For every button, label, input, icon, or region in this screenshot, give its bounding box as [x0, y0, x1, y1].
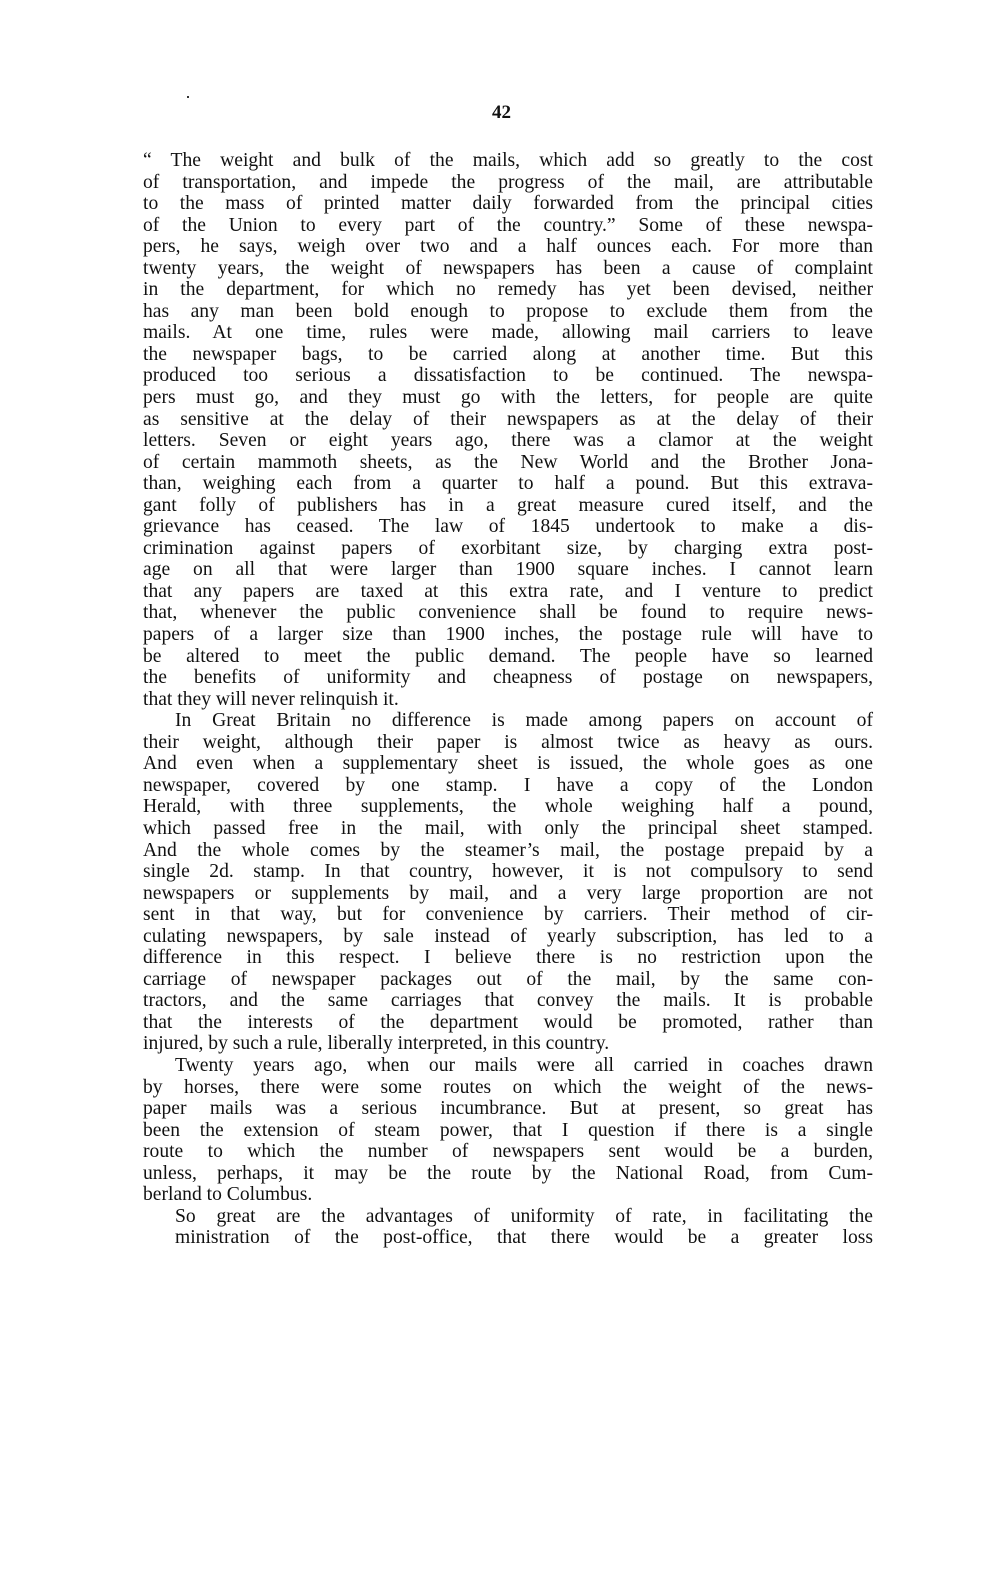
text-line: newspapers or supplements by mail, and a…: [143, 883, 873, 905]
text-line: tractors, and the same carriages that co…: [143, 990, 873, 1012]
text-line: mails. At one time, rules were made, all…: [143, 322, 873, 344]
paragraph: “ The weight and bulk of the mails, whic…: [143, 150, 873, 710]
text-line: which passed free in the mail, with only…: [143, 818, 873, 840]
text-line: berland to Columbus.: [143, 1184, 873, 1206]
text-line: unless, perhaps, it may be the route by …: [143, 1163, 873, 1185]
text-line: carriage of newspaper packages out of th…: [143, 969, 873, 991]
document-page: 42 “ The weight and bulk of the mails, w…: [0, 0, 1003, 1569]
text-line: route to which the number of newspapers …: [143, 1141, 873, 1163]
text-line: the benefits of uniformity and cheapness…: [143, 667, 873, 689]
text-line: that any papers are taxed at this extra …: [143, 581, 873, 603]
text-line: sent in that way, but for convenience by…: [143, 904, 873, 926]
text-line: the newspaper bags, to be carried along …: [143, 344, 873, 366]
text-line: in the department, for which no remedy h…: [143, 279, 873, 301]
text-line: “ The weight and bulk of the mails, whic…: [143, 150, 873, 172]
text-line: papers of a larger size than 1900 inches…: [143, 624, 873, 646]
scan-speck: [187, 96, 189, 98]
text-line: by horses, there were some routes on whi…: [143, 1077, 873, 1099]
text-line: injured, by such a rule, liberally inter…: [143, 1033, 873, 1055]
text-line: their weight, although their paper is al…: [143, 732, 873, 754]
text-line: of the Union to every part of the countr…: [143, 215, 873, 237]
text-line: been the extension of steam power, that …: [143, 1120, 873, 1142]
body-text: “ The weight and bulk of the mails, whic…: [143, 150, 873, 1249]
text-line: has any man been bold enough to propose …: [143, 301, 873, 323]
text-line: So great are the advantages of uniformit…: [143, 1206, 873, 1228]
paragraph: Twenty years ago, when our mails were al…: [143, 1055, 873, 1206]
text-line: grievance has ceased. The law of 1845 un…: [143, 516, 873, 538]
text-line: single 2d. stamp. In that country, howev…: [143, 861, 873, 883]
text-line: produced too serious a dissatisfaction t…: [143, 365, 873, 387]
text-line: paper mails was a serious incumbrance. B…: [143, 1098, 873, 1120]
text-line: as sensitive at the delay of their newsp…: [143, 409, 873, 431]
text-line: letters. Seven or eight years ago, there…: [143, 430, 873, 452]
text-line: Herald, with three supplements, the whol…: [143, 796, 873, 818]
paragraph: So great are the advantages of uniformit…: [143, 1206, 873, 1249]
text-line: of certain mammoth sheets, as the New Wo…: [143, 452, 873, 474]
paragraph: In Great Britain no difference is made a…: [143, 710, 873, 1055]
text-line: that, whenever the public convenience sh…: [143, 602, 873, 624]
text-line: twenty years, the weight of newspapers h…: [143, 258, 873, 280]
page-number: 42: [0, 102, 1003, 124]
text-line: to the mass of printed matter daily forw…: [143, 193, 873, 215]
text-line: gant folly of publishers has in a great …: [143, 495, 873, 517]
text-line: of transportation, and impede the progre…: [143, 172, 873, 194]
text-line: ministration of the post-office, that th…: [143, 1227, 873, 1249]
text-line: In Great Britain no difference is made a…: [143, 710, 873, 732]
text-line: And even when a supplementary sheet is i…: [143, 753, 873, 775]
text-line: that the interests of the department wou…: [143, 1012, 873, 1034]
text-line: difference in this respect. I believe th…: [143, 947, 873, 969]
text-line: Twenty years ago, when our mails were al…: [143, 1055, 873, 1077]
text-line: than, weighing each from a quarter to ha…: [143, 473, 873, 495]
text-line: be altered to meet the public demand. Th…: [143, 646, 873, 668]
text-line: that they will never relinquish it.: [143, 689, 873, 711]
text-line: And the whole comes by the steamer’s mai…: [143, 840, 873, 862]
text-line: age on all that were larger than 1900 sq…: [143, 559, 873, 581]
text-line: pers must go, and they must go with the …: [143, 387, 873, 409]
text-line: newspaper, covered by one stamp. I have …: [143, 775, 873, 797]
text-line: crimination against papers of exorbitant…: [143, 538, 873, 560]
text-line: pers, he says, weigh over two and a half…: [143, 236, 873, 258]
text-line: culating newspapers, by sale instead of …: [143, 926, 873, 948]
